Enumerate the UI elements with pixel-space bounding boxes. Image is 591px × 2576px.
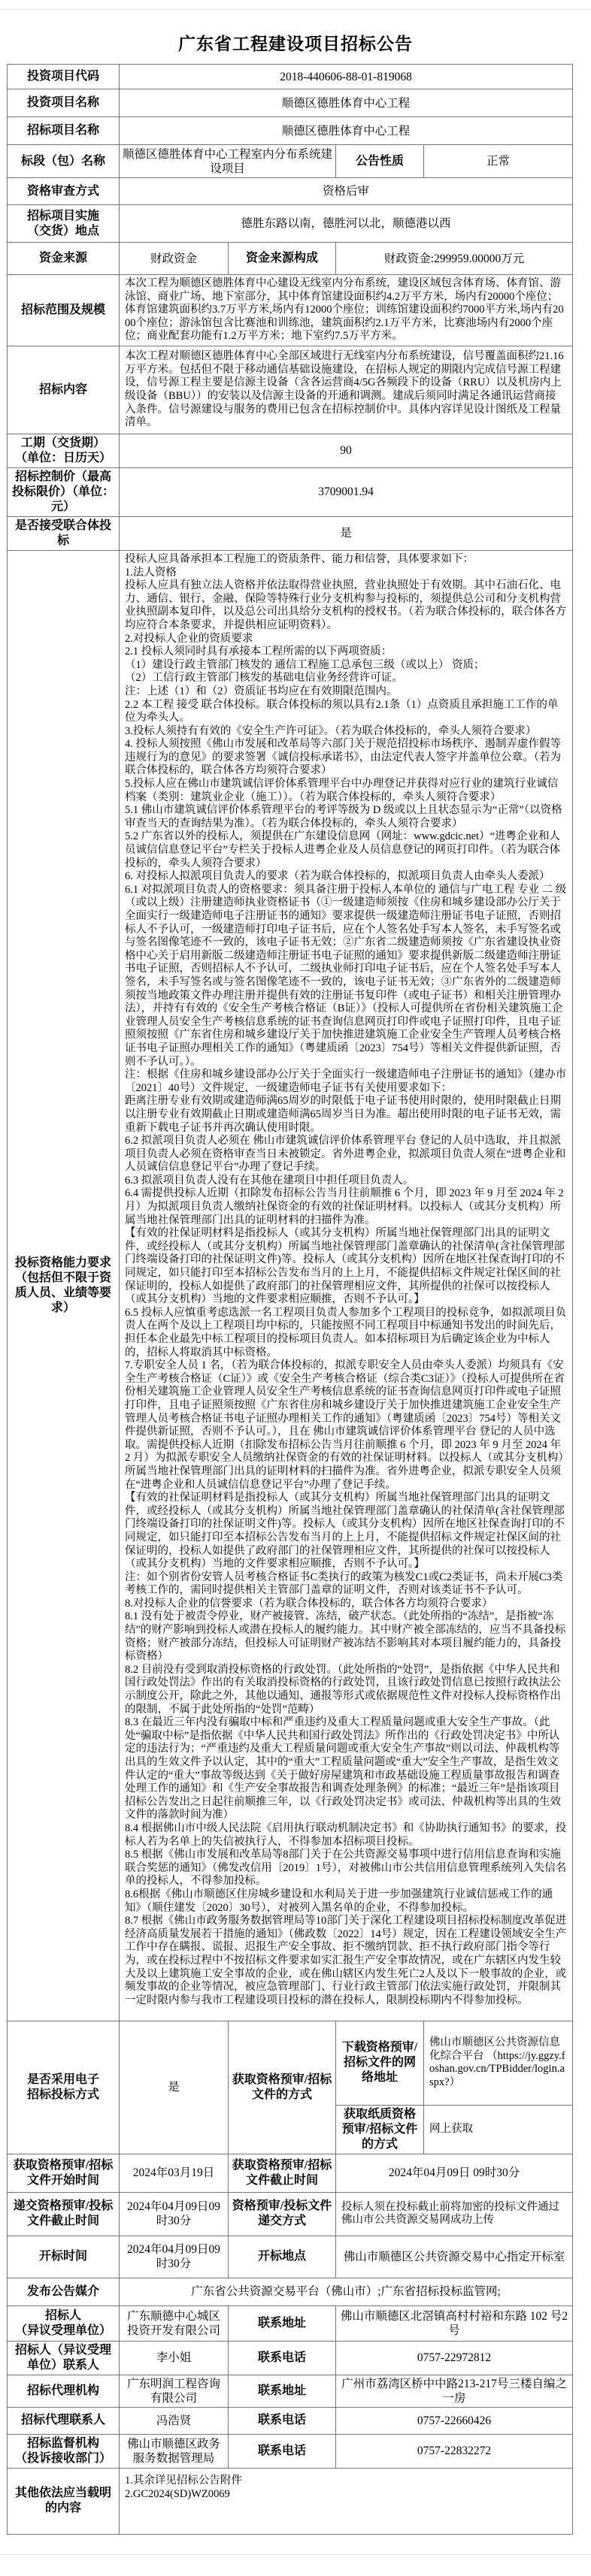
tender-table: 投资项目代码 2018-440606-88-01-819068 投资项目名称 顺…	[7, 64, 573, 2535]
footer-space	[0, 2555, 591, 2576]
funding-composition-value: 财政资金:299959.00000万元	[336, 243, 573, 275]
tenderer-value: 广东顺德中心城区投资开发有限公司	[120, 2305, 229, 2341]
row-media: 发布公告媒介 广东省公共资源交易平台（佛山市）;广东省招标投标监管网;	[8, 2278, 573, 2305]
control-price-label: 招标控制价（最高投标限价）（单位：元）	[8, 467, 120, 516]
page-title: 广东省工程建设项目招标公告	[0, 10, 591, 64]
doc-obtain-method-label: 获取资格预审/招标文件的方式	[229, 2021, 336, 2154]
row-agency: 招标代理机构 广东明润工程咨询有限公司 联系地址 广州市荔湾区桥中中路213-2…	[8, 2375, 573, 2407]
invest-code-value: 2018-440606-88-01-819068	[120, 65, 573, 89]
row-supervisor: 招标监督机构 （投诉接收部门） 佛山市顺德区政务服务数据管理局 联系电话 075…	[8, 2434, 573, 2468]
other-label: 其他依法应当载明 的内容	[8, 2468, 120, 2534]
row-qualification-method: 资格审查方式 资格后审	[8, 178, 573, 205]
row-other: 其他依法应当载明 的内容 1.其余详见招标公告附件 2.GC2024(SD)WZ…	[8, 2468, 573, 2534]
row-tender-name: 招标项目名称 顺德区德胜体育中心工程	[8, 117, 573, 145]
submit-method-value: 投标人须在投标截止前将加密的投标文件通过佛山市公共资源交易网成功上传	[336, 2192, 573, 2236]
submit-deadline-label: 递交资格预审/投标文件截止时间	[8, 2192, 120, 2236]
row-consortium: 是否接受联合体投标 是	[8, 516, 573, 550]
supervisor-phone-label: 联系电话	[229, 2434, 336, 2468]
row-control-price: 招标控制价（最高投标限价）（单位：元） 3709001.94	[8, 467, 573, 516]
notice-nature-label: 公告性质	[336, 145, 424, 178]
agency-contact-value: 冯浩贤	[120, 2407, 229, 2434]
doc-deadline-value: 2024年04月09日 09时30分	[336, 2154, 573, 2192]
e-bidding-value: 是	[120, 2021, 229, 2154]
row-scope: 招标范围及规模 本次工程为顺德区德胜体育中心建设无线室内分布系统，建设区域包含体…	[8, 275, 573, 346]
tenderer-address-label: 联系地址	[229, 2305, 336, 2341]
scope-label: 招标范围及规模	[8, 275, 120, 346]
section-label: 标段（包）名称	[8, 145, 120, 178]
tenderer-address-value: 佛山市顺德区北滘镇高村村裕和东路 102 号2号	[336, 2305, 573, 2341]
scope-value: 本次工程为顺德区德胜体育中心建设无线室内分布系统，建设区域包含体育场、体育馆、游…	[120, 275, 573, 346]
tenderer-contact-label: 招标人（异议受理单位）联系人	[8, 2341, 120, 2375]
submit-deadline-value: 2024年04月09日09时30分	[120, 2192, 229, 2236]
e-bidding-label: 是否采用电子 招标投标方式	[8, 2021, 120, 2154]
control-price-value: 3709001.94	[120, 467, 573, 516]
row-doc-start: 获取资格预审/招标文件开始时间 2024年03月19日 获取资格预审/招标文件截…	[8, 2154, 573, 2192]
row-content: 招标内容 本次工程对顺德区德胜体育中心全部区域进行无线室内分布系统建设，信号覆盖…	[8, 346, 573, 434]
agency-label: 招标代理机构	[8, 2375, 120, 2407]
row-tenderer-contact: 招标人（异议受理单位）联系人 李小姐 联系电话 0757-22972812	[8, 2341, 573, 2375]
consortium-value: 是	[120, 516, 573, 550]
section-value: 顺德区德胜体育中心工程室内分布系统建设项目	[120, 145, 336, 178]
duration-value: 90	[120, 434, 573, 467]
other-value: 1.其余详见招标公告附件 2.GC2024(SD)WZ0069	[120, 2468, 573, 2534]
media-value: 广东省公共资源交易平台（佛山市）;广东省招标投标监管网;	[120, 2278, 573, 2305]
content-value: 本次工程对顺德区德胜体育中心全部区域进行无线室内分布系统建设，信号覆盖面积约21…	[120, 346, 573, 434]
tenderer-phone-label: 联系电话	[229, 2341, 336, 2375]
download-address-value: 佛山市顺德区公共资源信息化综合平台 （https://jy.ggzy.fosha…	[424, 2021, 573, 2105]
funding-composition-label: 资金来源构成	[229, 243, 336, 275]
row-invest-name: 投资项目名称 顺德区德胜体育中心工程	[8, 89, 573, 117]
invest-name-value: 顺德区德胜体育中心工程	[120, 89, 573, 117]
agency-phone-value: 0757-22660426	[336, 2407, 573, 2434]
tenderer-label: 招标人 （异议受理单位）	[8, 2305, 120, 2341]
agency-value: 广东明润工程咨询有限公司	[120, 2375, 229, 2407]
funding-label: 资金来源	[8, 243, 120, 275]
qualification-method-label: 资格审查方式	[8, 178, 120, 205]
submit-method-label: 资格预审/投标文件递交方式	[229, 2192, 336, 2236]
agency-address-value: 广州市荔湾区桥中中路213-217号三楼自编之一房	[336, 2375, 573, 2407]
tenderer-phone-value: 0757-22972812	[336, 2341, 573, 2375]
funding-value: 财政资金	[120, 243, 229, 275]
row-tenderer: 招标人 （异议受理单位） 广东顺德中心城区投资开发有限公司 联系地址 佛山市顺德…	[8, 2305, 573, 2341]
media-label: 发布公告媒介	[8, 2278, 120, 2305]
duration-label: 工期（交货期） （单位：日历天）	[8, 434, 120, 467]
agency-address-label: 联系地址	[229, 2375, 336, 2407]
row-agency-contact: 招标代理联系人 冯浩贤 联系电话 0757-22660426	[8, 2407, 573, 2434]
bid-opening-time-value: 2024年04月09日09时30分	[120, 2236, 229, 2278]
doc-deadline-label: 获取资格预审/招标文件截止时间	[229, 2154, 336, 2192]
tender-name-label: 招标项目名称	[8, 117, 120, 145]
qualification-requirements-text: 投标人应具备承担本工程施工的资质条件、能力和信誉，具体要求如下： 1.法人资格 …	[125, 553, 567, 2018]
download-address-label: 下载资格预审/招标文件的网络地址	[336, 2021, 424, 2105]
bid-opening-place-label: 开标地点	[229, 2236, 336, 2278]
tenderer-contact-value: 李小姐	[120, 2341, 229, 2375]
location-label: 招标项目实施 （交货）地点	[8, 205, 120, 243]
location-value: 德胜东路以南，德胜河以北，顺德港以西	[120, 205, 573, 243]
row-e-bidding: 是否采用电子 招标投标方式 是 获取资格预审/招标文件的方式 下载资格预审/招标…	[8, 2021, 573, 2105]
agency-phone-label: 联系电话	[229, 2407, 336, 2434]
supervisor-label: 招标监督机构 （投诉接收部门）	[8, 2434, 120, 2468]
agency-contact-label: 招标代理联系人	[8, 2407, 120, 2434]
supervisor-value: 佛山市顺德区政务服务数据管理局	[120, 2434, 229, 2468]
paper-doc-label: 获取纸质资格预审/招标文件的方式	[336, 2105, 424, 2154]
consortium-label: 是否接受联合体投标	[8, 516, 120, 550]
qualification-requirements-value: 投标人应具备承担本工程施工的资质条件、能力和信誉，具体要求如下： 1.法人资格 …	[120, 550, 573, 2021]
row-bid-opening: 开标时间 2024年04月09日09时30分 开标地点 佛山市顺德区公共资源交易…	[8, 2236, 573, 2278]
row-submit-deadline: 递交资格预审/投标文件截止时间 2024年04月09日09时30分 资格预审/投…	[8, 2192, 573, 2236]
qualification-requirements-label: 投标资格能力要求（包括但不限于资质人员、业绩等要求）	[8, 550, 120, 2021]
row-qualification-requirements: 投标资格能力要求（包括但不限于资质人员、业绩等要求） 投标人应具备承担本工程施工…	[8, 550, 573, 2021]
bid-opening-place-value: 佛山市顺德区公共资源交易中心指定开标室	[336, 2236, 573, 2278]
invest-name-label: 投资项目名称	[8, 89, 120, 117]
bid-opening-time-label: 开标时间	[8, 2236, 120, 2278]
paper-doc-value: 网上获取	[424, 2105, 573, 2154]
row-duration: 工期（交货期） （单位：日历天） 90	[8, 434, 573, 467]
invest-code-label: 投资项目代码	[8, 65, 120, 89]
doc-start-value: 2024年03月19日	[120, 2154, 229, 2192]
doc-start-label: 获取资格预审/招标文件开始时间	[8, 2154, 120, 2192]
row-section: 标段（包）名称 顺德区德胜体育中心工程室内分布系统建设项目 公告性质 正常	[8, 145, 573, 178]
row-funding: 资金来源 财政资金 资金来源构成 财政资金:299959.00000万元	[8, 243, 573, 275]
qualification-method-value: 资格后审	[120, 178, 573, 205]
row-invest-code: 投资项目代码 2018-440606-88-01-819068	[8, 65, 573, 89]
content-label: 招标内容	[8, 346, 120, 434]
notice-nature-value: 正常	[424, 145, 573, 178]
tender-name-value: 顺德区德胜体育中心工程	[120, 117, 573, 145]
row-location: 招标项目实施 （交货）地点 德胜东路以南，德胜河以北，顺德港以西	[8, 205, 573, 243]
supervisor-phone-value: 0757-22832272	[336, 2434, 573, 2468]
